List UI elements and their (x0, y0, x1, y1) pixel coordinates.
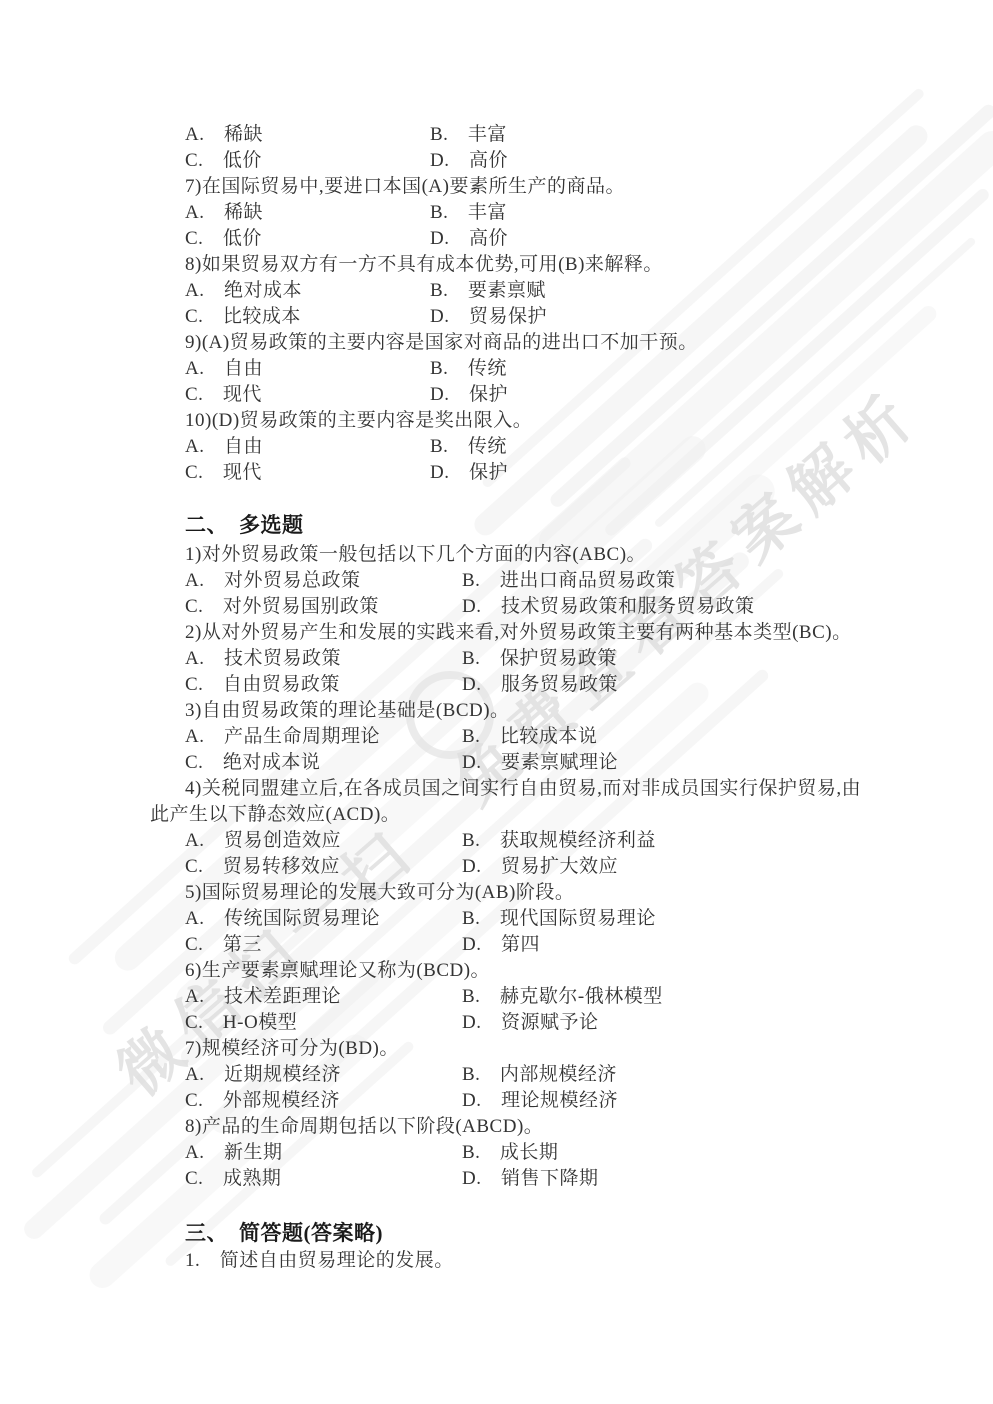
option-a: A. 对外贸易总政策 (185, 570, 360, 591)
option-d: D. 要素禀赋理论 (462, 750, 618, 776)
option-a: A. 技术贸易政策 (185, 648, 341, 669)
option-c: C. 自由贸易政策 (185, 674, 340, 695)
option-b: B. 赫克歇尔-俄林模型 (462, 984, 663, 1010)
option-row: A. 新生期 B. 成长期 (150, 1140, 960, 1166)
question-line: 3)自由贸易政策的理论基础是(BCD)。 (150, 698, 960, 724)
option-a: A. 稀缺 (185, 124, 263, 145)
option-a: A. 新生期 (185, 1142, 282, 1163)
option-d: D. 贸易保护 (430, 304, 547, 330)
short-answer-item: 1. 简述自由贸易理论的发展。 (150, 1248, 960, 1274)
option-row: C. 对外贸易国别政策 D. 技术贸易政策和服务贸易政策 (150, 594, 960, 620)
option-c: C. H-O模型 (185, 1012, 297, 1033)
option-b: B. 现代国际贸易理论 (462, 906, 656, 932)
option-c: C. 外部规模经济 (185, 1090, 340, 1111)
question-line: 4)关税同盟建立后,在各成员国之间实行自由贸易,而对非成员国实行保护贸易,由 (150, 776, 960, 802)
option-c: C. 成熟期 (185, 1168, 281, 1189)
question-line: 2)从对外贸易产生和发展的实践来看,对外贸易政策主要有两种基本类型(BC)。 (150, 620, 960, 646)
option-d: D. 高价 (430, 226, 508, 252)
option-d: D. 高价 (430, 148, 508, 174)
option-d: D. 资源赋予论 (462, 1010, 598, 1036)
option-a: A. 近期规模经济 (185, 1064, 341, 1085)
option-c: C. 贸易转移效应 (185, 856, 340, 877)
option-row: C. 低价 D. 高价 (150, 148, 960, 174)
option-c: C. 低价 (185, 228, 262, 249)
question-line: 7)规模经济可分为(BD)。 (150, 1036, 960, 1062)
question-line: 9)(A)贸易政策的主要内容是国家对商品的进出口不加干预。 (150, 330, 960, 356)
option-b: B. 保护贸易政策 (462, 646, 617, 672)
option-row: C. 现代 D. 保护 (150, 460, 960, 486)
option-row: A. 近期规模经济 B. 内部规模经济 (150, 1062, 960, 1088)
option-b: B. 要素禀赋 (430, 278, 546, 304)
option-c: C. 第三 (185, 934, 262, 955)
option-row: A. 绝对成本 B. 要素禀赋 (150, 278, 960, 304)
option-d: D. 保护 (430, 382, 508, 408)
option-row: A. 自由 B. 传统 (150, 434, 960, 460)
option-d: D. 销售下降期 (462, 1166, 598, 1192)
option-row: C. 低价 D. 高价 (150, 226, 960, 252)
option-a: A. 绝对成本 (185, 280, 302, 301)
option-c: C. 现代 (185, 462, 262, 483)
document-page: 微信扫一扫 免费查看答案解析 A. 稀缺 B. 丰富 C. 低价 D. 高价 7… (0, 0, 993, 1404)
option-row: A. 贸易创造效应 B. 获取规模经济利益 (150, 828, 960, 854)
option-b: B. 比较成本说 (462, 724, 597, 750)
option-row: C. 自由贸易政策 D. 服务贸易政策 (150, 672, 960, 698)
option-b: B. 进出口商品贸易政策 (462, 568, 675, 594)
option-row: C. 比较成本 D. 贸易保护 (150, 304, 960, 330)
question-line-continuation: 此产生以下静态效应(ACD)。 (150, 802, 960, 828)
multiple-choice-section: 1)对外贸易政策一般包括以下几个方面的内容(ABC)。 A. 对外贸易总政策 B… (150, 542, 960, 1192)
option-row: A. 产品生命周期理论 B. 比较成本说 (150, 724, 960, 750)
option-d: D. 技术贸易政策和服务贸易政策 (462, 594, 754, 620)
option-c: C. 比较成本 (185, 306, 301, 327)
option-row: C. 绝对成本说 D. 要素禀赋理论 (150, 750, 960, 776)
question-line: 5)国际贸易理论的发展大致可分为(AB)阶段。 (150, 880, 960, 906)
option-d: D. 贸易扩大效应 (462, 854, 618, 880)
option-d: D. 第四 (462, 932, 540, 958)
option-row: A. 传统国际贸易理论 B. 现代国际贸易理论 (150, 906, 960, 932)
option-b: B. 传统 (430, 434, 507, 460)
option-row: C. 外部规模经济 D. 理论规模经济 (150, 1088, 960, 1114)
question-line: 8)产品的生命周期包括以下阶段(ABCD)。 (150, 1114, 960, 1140)
option-d: D. 理论规模经济 (462, 1088, 618, 1114)
option-c: C. 绝对成本说 (185, 752, 320, 773)
option-row: A. 技术贸易政策 B. 保护贸易政策 (150, 646, 960, 672)
question-line: 1)对外贸易政策一般包括以下几个方面的内容(ABC)。 (150, 542, 960, 568)
option-row: C. H-O模型 D. 资源赋予论 (150, 1010, 960, 1036)
option-row: A. 稀缺 B. 丰富 (150, 122, 960, 148)
single-choice-section: A. 稀缺 B. 丰富 C. 低价 D. 高价 7)在国际贸易中,要进口本国(A… (150, 122, 960, 486)
option-a: A. 贸易创造效应 (185, 830, 341, 851)
question-line: 7)在国际贸易中,要进口本国(A)要素所生产的商品。 (150, 174, 960, 200)
option-row: C. 贸易转移效应 D. 贸易扩大效应 (150, 854, 960, 880)
option-b: B. 传统 (430, 356, 507, 382)
option-b: B. 丰富 (430, 200, 507, 226)
section-heading-multiple-choice: 二、 多选题 (150, 510, 960, 540)
option-a: A. 自由 (185, 436, 263, 457)
option-c: C. 低价 (185, 150, 262, 171)
option-row: C. 现代 D. 保护 (150, 382, 960, 408)
option-d: D. 保护 (430, 460, 508, 486)
option-a: A. 技术差距理论 (185, 986, 341, 1007)
question-line: 6)生产要素禀赋理论又称为(BCD)。 (150, 958, 960, 984)
option-b: B. 丰富 (430, 122, 507, 148)
option-d: D. 服务贸易政策 (462, 672, 618, 698)
option-a: A. 产品生命周期理论 (185, 726, 380, 747)
option-a: A. 传统国际贸易理论 (185, 908, 380, 929)
section-heading-short-answer: 三、 简答题(答案略) (150, 1218, 960, 1248)
option-row: C. 成熟期 D. 销售下降期 (150, 1166, 960, 1192)
option-b: B. 内部规模经济 (462, 1062, 617, 1088)
option-a: A. 稀缺 (185, 202, 263, 223)
option-row: A. 自由 B. 传统 (150, 356, 960, 382)
option-row: C. 第三 D. 第四 (150, 932, 960, 958)
option-row: A. 技术差距理论 B. 赫克歇尔-俄林模型 (150, 984, 960, 1010)
question-line: 10)(D)贸易政策的主要内容是奖出限入。 (150, 408, 960, 434)
document-content: A. 稀缺 B. 丰富 C. 低价 D. 高价 7)在国际贸易中,要进口本国(A… (150, 122, 960, 1274)
option-c: C. 对外贸易国别政策 (185, 596, 379, 617)
option-a: A. 自由 (185, 358, 263, 379)
option-b: B. 获取规模经济利益 (462, 828, 656, 854)
question-line: 8)如果贸易双方有一方不具有成本优势,可用(B)来解释。 (150, 252, 960, 278)
option-c: C. 现代 (185, 384, 262, 405)
option-b: B. 成长期 (462, 1140, 558, 1166)
option-row: A. 对外贸易总政策 B. 进出口商品贸易政策 (150, 568, 960, 594)
option-row: A. 稀缺 B. 丰富 (150, 200, 960, 226)
